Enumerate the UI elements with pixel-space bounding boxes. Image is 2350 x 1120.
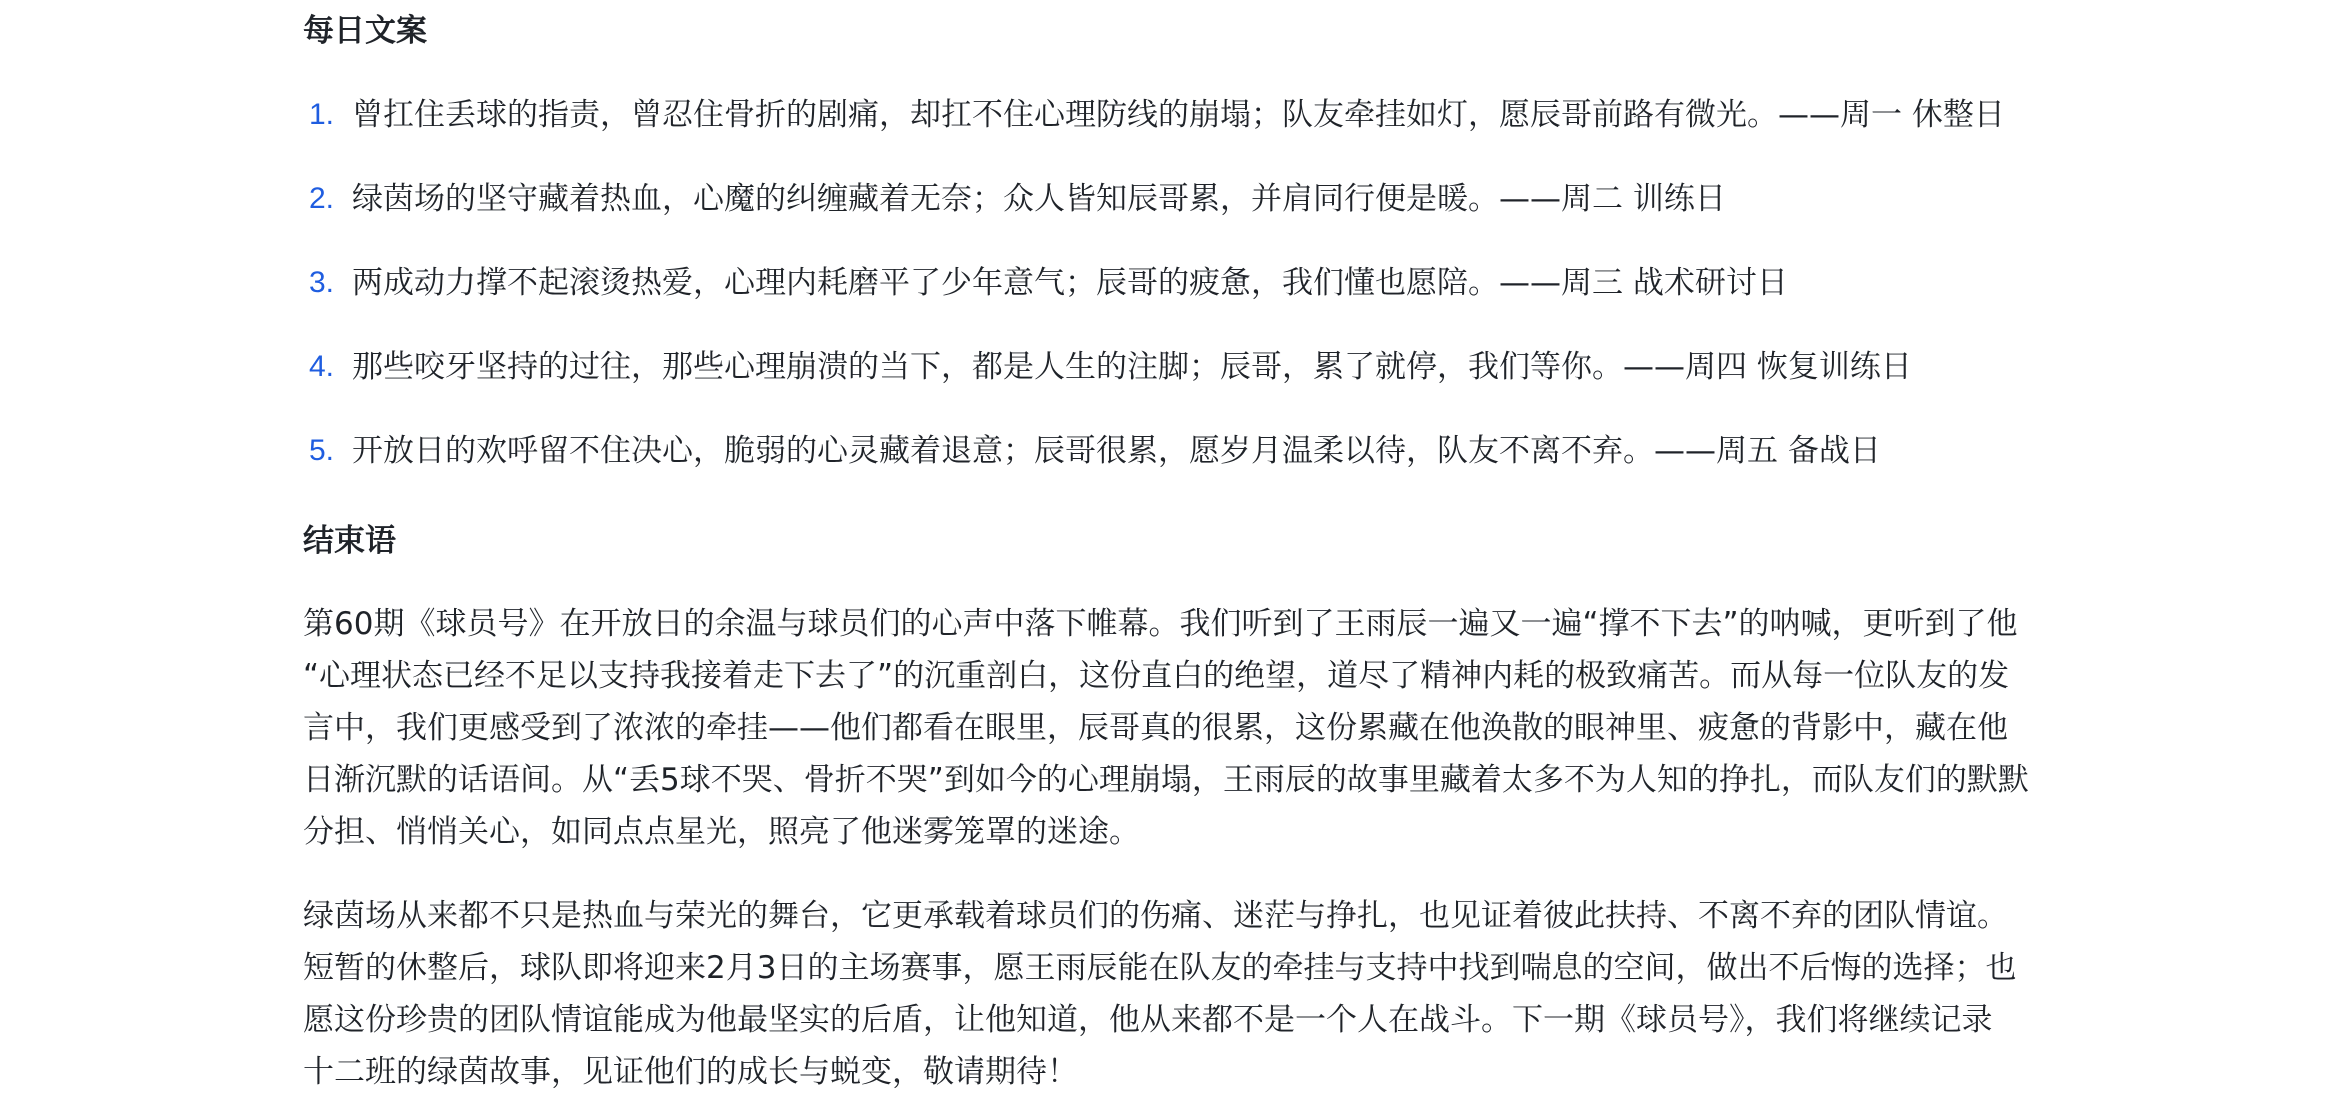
paragraph-line: 第60期《球员号》在开放日的余温与球员们的心声中落下帷幕。我们听到了王雨辰一遍又… [303, 598, 2133, 650]
list-item-text: 绿茵场的坚守藏着热血，心魔的纠缠藏着无奈；众人皆知辰哥累，并肩同行便是暖。——周… [352, 177, 1726, 221]
list-item-text: 曾扛住丢球的指责，曾忍住骨折的剧痛，却扛不住心理防线的崩塌；队友牵挂如灯，愿辰哥… [352, 93, 2005, 137]
list-item-text: 两成动力撑不起滚烫热爱，心理内耗磨平了少年意气；辰哥的疲惫，我们懂也愿陪。——周… [352, 261, 1788, 305]
paragraph-line: 绿茵场从来都不只是热血与荣光的舞台，它更承载着球员们的伤痛、迷茫与挣扎，也见证着… [303, 890, 2133, 942]
paragraph-line: “心理状态已经不足以支持我接着走下去了”的沉重剖白，这份直白的绝望，道尽了精神内… [303, 650, 2133, 702]
paragraph-line: 愿这份珍贵的团队情谊能成为他最坚实的后盾，让他知道，他从来都不是一个人在战斗。下… [303, 994, 2133, 1046]
paragraph-line: 分担、悄悄关心，如同点点星光，照亮了他迷雾笼罩的迷途。 [303, 806, 2133, 858]
daily-copy-heading: 每日文案 [303, 11, 427, 51]
list-item: 5. 开放日的欢呼留不住决心，脆弱的心灵藏着退意；辰哥很累，愿岁月温柔以待，队友… [303, 429, 1881, 473]
conclusion-paragraph-2: 绿茵场从来都不只是热血与荣光的舞台，它更承载着球员们的伤痛、迷茫与挣扎，也见证着… [303, 890, 2133, 1098]
paragraph-line: 十二班的绿茵故事，见证他们的成长与蜕变，敬请期待！ [303, 1046, 2133, 1098]
paragraph-line: 言中，我们更感受到了浓浓的牵挂——他们都看在眼里，辰哥真的很累，这份累藏在他涣散… [303, 702, 2133, 754]
list-number: 5. [303, 429, 352, 473]
paragraph-line: 日渐沉默的话语间。从“丢5球不哭、骨折不哭”到如今的心理崩塌，王雨辰的故事里藏着… [303, 754, 2133, 806]
list-item-text: 开放日的欢呼留不住决心，脆弱的心灵藏着退意；辰哥很累，愿岁月温柔以待，队友不离不… [352, 429, 1881, 473]
list-item: 2. 绿茵场的坚守藏着热血，心魔的纠缠藏着无奈；众人皆知辰哥累，并肩同行便是暖。… [303, 177, 1726, 221]
list-number: 1. [303, 93, 352, 137]
list-number: 3. [303, 261, 352, 305]
list-item: 4. 那些咬牙坚持的过往，那些心理崩溃的当下，都是人生的注脚；辰哥，累了就停，我… [303, 345, 1912, 389]
list-item: 1. 曾扛住丢球的指责，曾忍住骨折的剧痛，却扛不住心理防线的崩塌；队友牵挂如灯，… [303, 93, 2005, 137]
list-number: 2. [303, 177, 352, 221]
list-item: 3. 两成动力撑不起滚烫热爱，心理内耗磨平了少年意气；辰哥的疲惫，我们懂也愿陪。… [303, 261, 1788, 305]
list-item-text: 那些咬牙坚持的过往，那些心理崩溃的当下，都是人生的注脚；辰哥，累了就停，我们等你… [352, 345, 1912, 389]
conclusion-heading: 结束语 [303, 521, 396, 561]
conclusion-paragraph-1: 第60期《球员号》在开放日的余温与球员们的心声中落下帷幕。我们听到了王雨辰一遍又… [303, 598, 2133, 858]
paragraph-line: 短暂的休整后，球队即将迎来2月3日的主场赛事，愿王雨辰能在队友的牵挂与支持中找到… [303, 942, 2133, 994]
list-number: 4. [303, 345, 352, 389]
